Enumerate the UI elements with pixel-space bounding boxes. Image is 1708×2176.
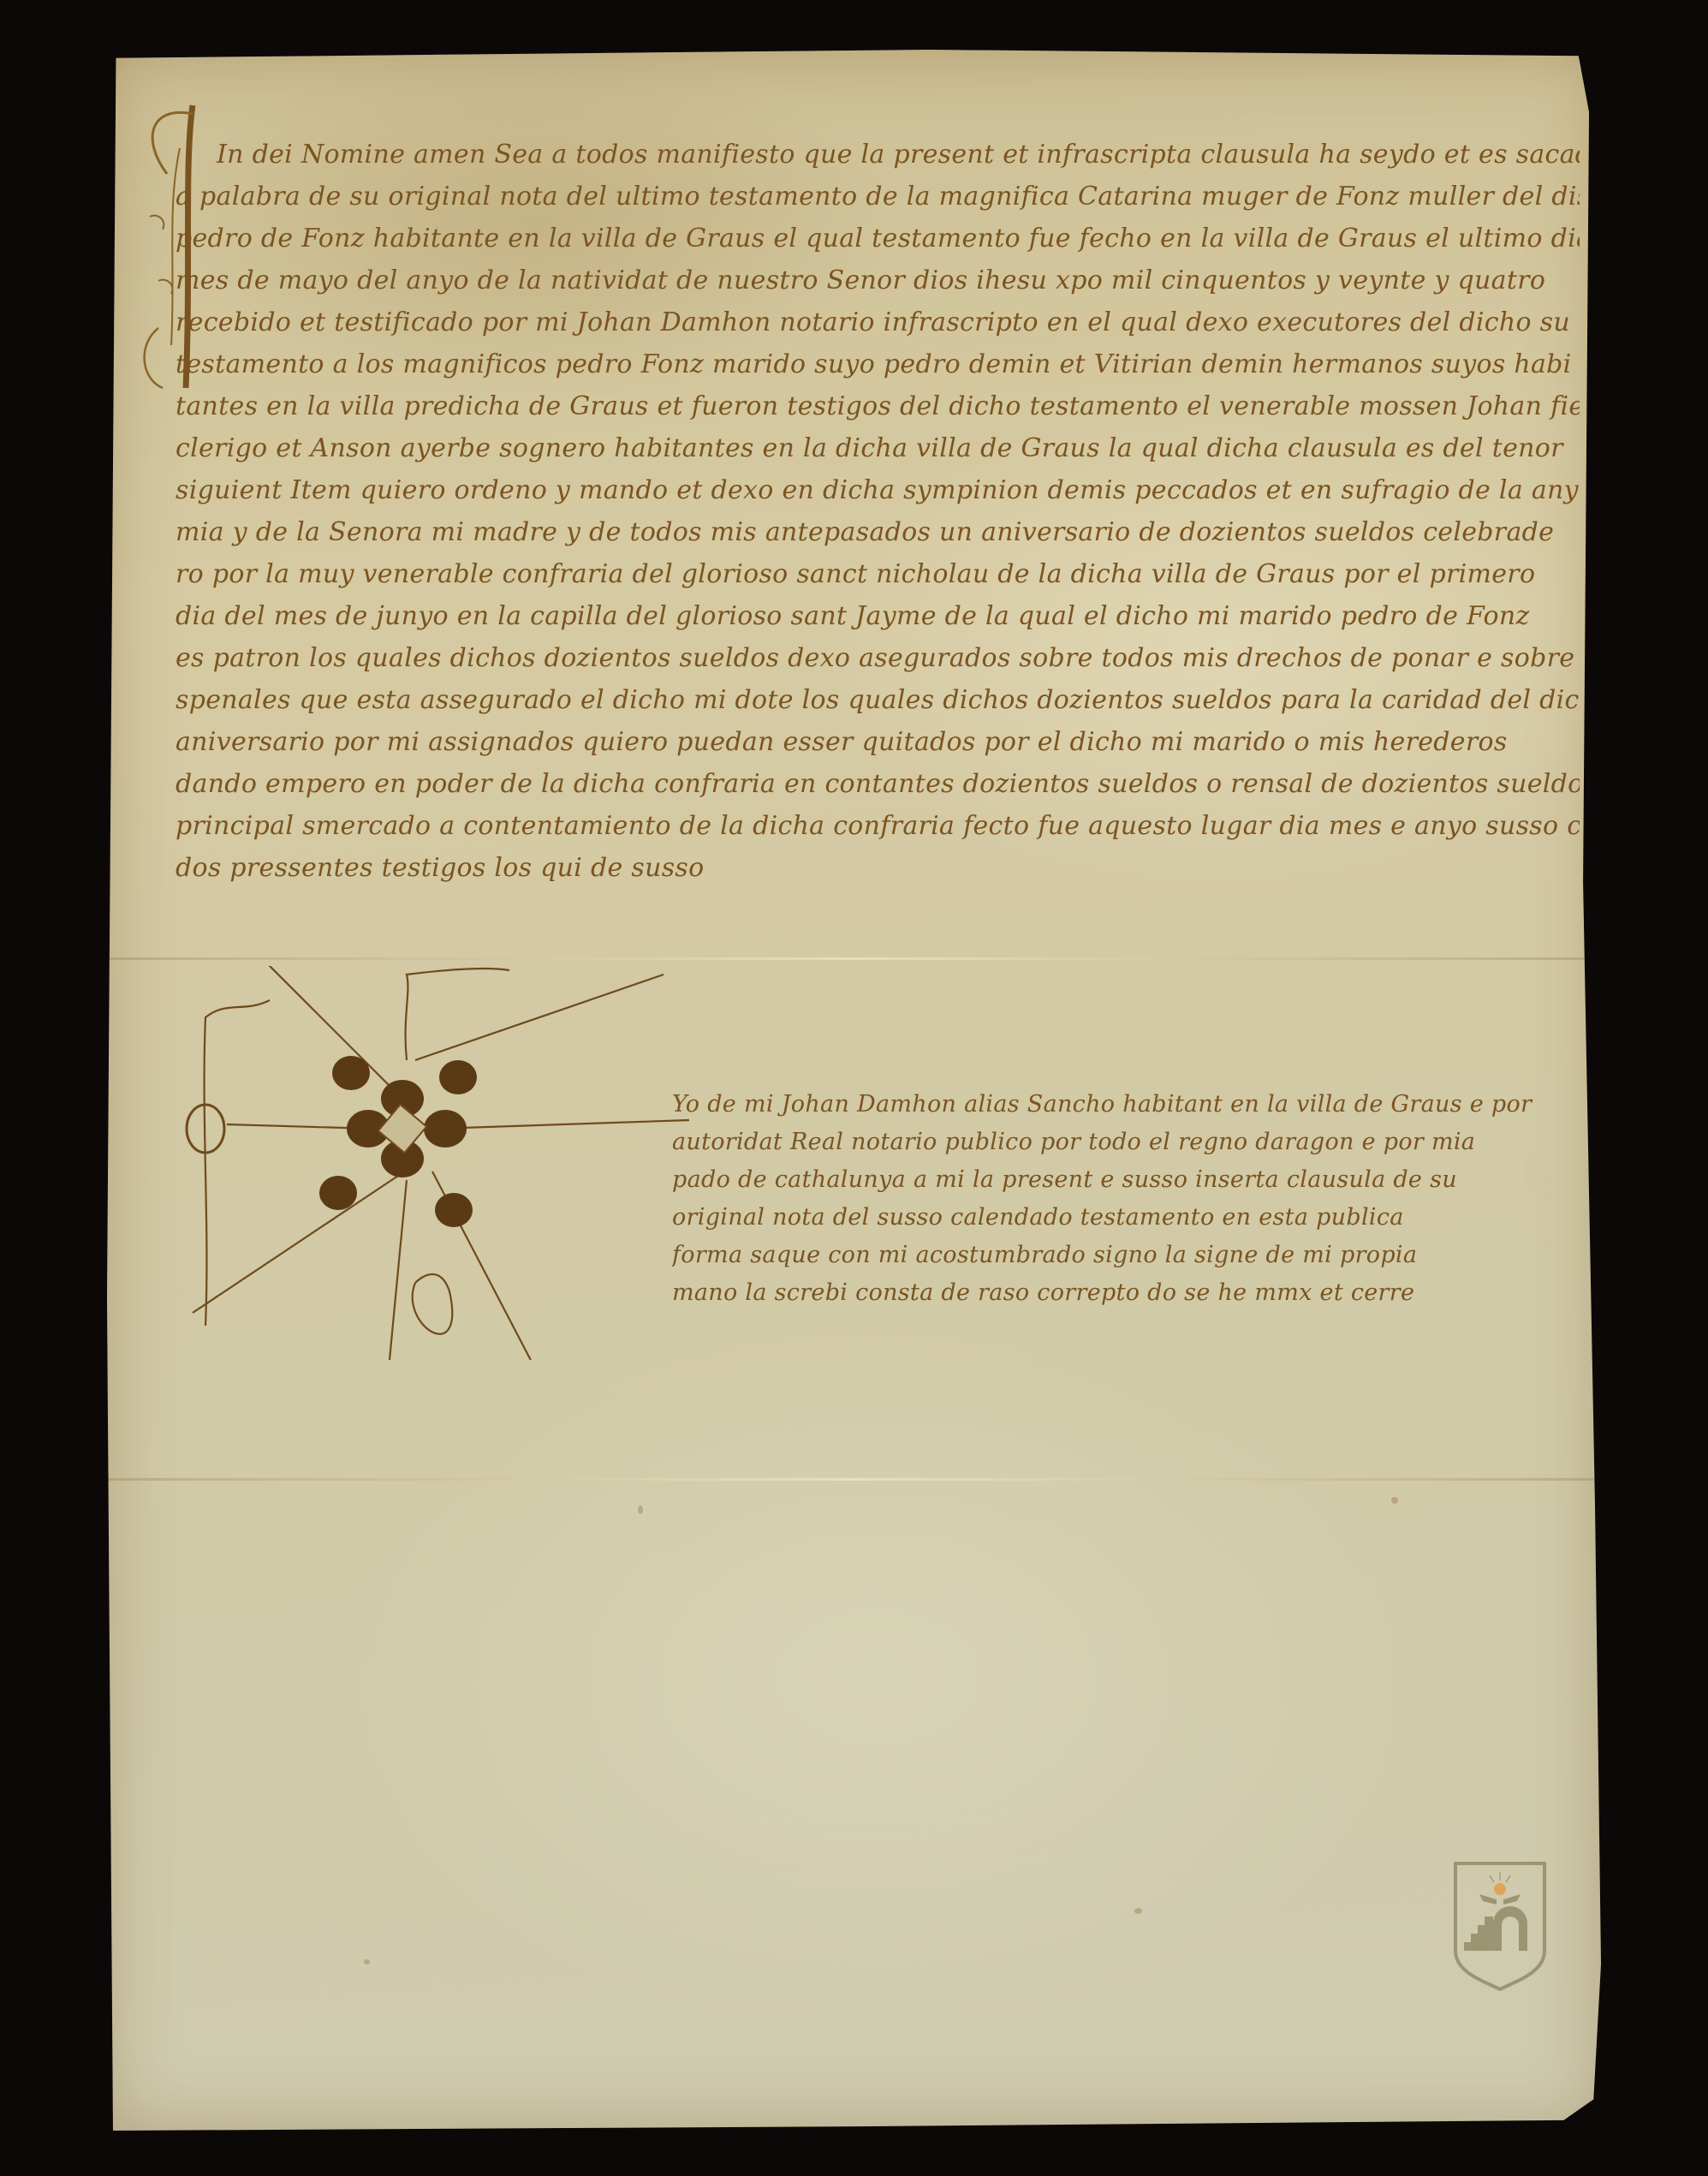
fold-crease (107, 957, 1601, 960)
text-line: testamento a los magnificos pedro Fonz m… (176, 343, 1580, 385)
text-line: tantes en la villa predicha de Graus et … (176, 385, 1580, 427)
stain-spot (1391, 1497, 1398, 1504)
text-line: dando empero en poder de la dicha confra… (176, 763, 1580, 805)
subscription-line: mano la screbi consta de raso correpto d… (672, 1274, 1597, 1312)
text-line: pedro de Fonz habitante en la villa de G… (176, 218, 1580, 259)
text-line: es patron los quales dichos dozientos su… (176, 637, 1580, 679)
parchment-document: In dei Nomine amen Sea a todos manifiest… (107, 50, 1601, 2131)
text-line: mes de mayo del anyo de la natividat de … (176, 259, 1580, 301)
text-line: clerigo et Anson ayerbe sognero habitant… (176, 427, 1580, 469)
text-line: In dei Nomine amen Sea a todos manifiest… (176, 134, 1580, 176)
subscription-line: autoridat Real notario publico por todo … (672, 1124, 1597, 1161)
subscription-line: forma saque con mi acostumbrado signo la… (672, 1237, 1597, 1274)
text-line: aniversario por mi assignados quiero pue… (176, 721, 1580, 763)
subscription-line: pado de cathalunya a mi la present e sus… (672, 1161, 1597, 1199)
stain-spot (638, 1505, 643, 1514)
text-line: spenales que esta assegurado el dicho mi… (176, 679, 1580, 721)
text-line: siguient Item quiero ordeno y mando et d… (176, 469, 1580, 511)
notary-subscription: Yo de mi Johan Damhon alias Sancho habit… (672, 1086, 1597, 1312)
text-line: dos pressentes testigos los qui de susso (176, 847, 1580, 889)
text-line: principal smercado a contentamiento de l… (176, 805, 1580, 847)
text-line: dia del mes de junyo en la capilla del g… (176, 595, 1580, 637)
text-line: recebido et testificado por mi Johan Dam… (176, 301, 1580, 343)
notarial-signum-icon (141, 966, 723, 1360)
subscription-line: Yo de mi Johan Damhon alias Sancho habit… (672, 1086, 1597, 1124)
archive-shield-watermark-icon (1449, 1857, 1551, 1994)
stain-spot (364, 1959, 370, 1964)
main-text-block: In dei Nomine amen Sea a todos manifiest… (176, 134, 1580, 889)
stain-spot (1134, 1908, 1142, 1914)
fold-crease (107, 1478, 1601, 1481)
text-line: mia y de la Senora mi madre y de todos m… (176, 511, 1580, 553)
text-line: ro por la muy venerable confraria del gl… (176, 553, 1580, 595)
text-line: a palabra de su original nota del ultimo… (176, 176, 1580, 218)
subscription-line: original nota del susso calendado testam… (672, 1199, 1597, 1237)
